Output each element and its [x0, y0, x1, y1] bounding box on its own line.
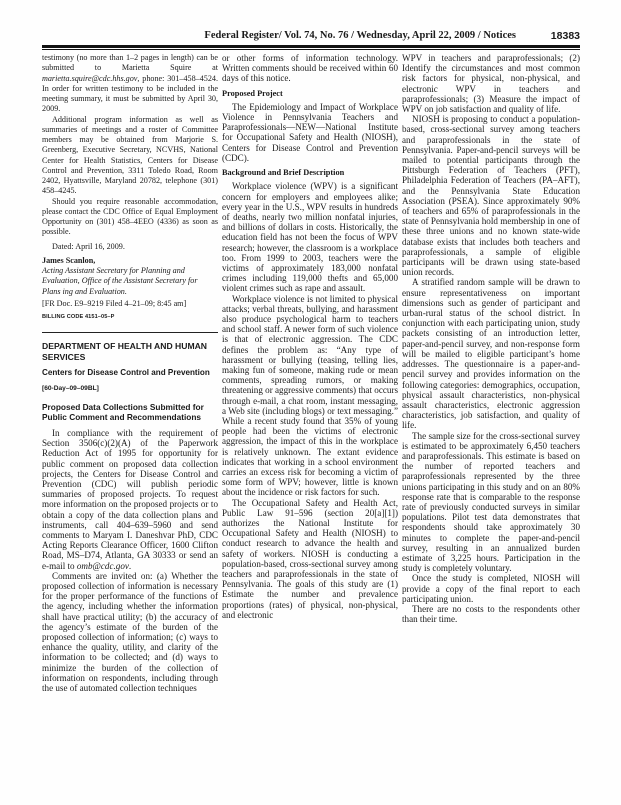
paragraph: The Epidemiology and Impact of Workplace…: [222, 102, 398, 163]
column-3: WPV in teachers and paraprofessionals; (…: [402, 53, 580, 624]
dated-line: Dated: April 16, 2009.: [42, 242, 218, 252]
paragraph: Once the study is completed, NIOSH will …: [402, 573, 580, 604]
paragraph: testimony (no more than 1–2 pages in len…: [42, 53, 218, 115]
header-rule-thick: [42, 45, 580, 48]
agency-heading: DEPARTMENT OF HEALTH AND HUMAN SERVICES: [42, 341, 218, 362]
email-link[interactable]: omb@cdc.gov: [77, 561, 129, 571]
paragraph: In compliance with the requirement of Se…: [42, 428, 218, 571]
paragraph: Additional program information as well a…: [42, 115, 218, 197]
paragraph: Workplace violence (WPV) is a significan…: [222, 181, 398, 293]
publication-name: Federal Register: [204, 30, 278, 41]
paragraph: Workplace violence is not limited to phy…: [222, 294, 398, 498]
page-number: 18383: [551, 30, 580, 42]
text: In compliance with the requirement of Se…: [42, 428, 218, 571]
email-link[interactable]: marietta.squire@cdc.hhs.gov: [42, 74, 137, 83]
signer-title: Acting Assistant Secretary for Planning …: [42, 266, 218, 297]
text: .: [129, 561, 131, 571]
text: testimony (no more than 1–2 pages in len…: [42, 53, 218, 72]
running-head: Federal Register/ Vol. 74, No. 76 / Wedn…: [204, 30, 516, 41]
column-1: testimony (no more than 1–2 pages in len…: [42, 53, 218, 693]
signer-name: James Scanlon,: [42, 256, 218, 266]
paragraph: There are no costs to the respondents ot…: [402, 604, 580, 624]
section-heading-proposed-project: Proposed Project: [222, 89, 398, 99]
section-heading-background: Background and Brief Description: [222, 168, 398, 178]
column-2: or other forms of information technology…: [222, 53, 398, 620]
paragraph: NIOSH is proposing to conduct a populati…: [402, 114, 580, 277]
docket-number: [60-Day–09–09BL]: [42, 384, 218, 394]
paragraph: A stratified random sample will be drawn…: [402, 277, 580, 430]
fr-doc-line: [FR Doc. E9–9219 Filed 4–21–09; 8:45 am]: [42, 299, 218, 309]
paragraph: WPV in teachers and paraprofessionals; (…: [402, 53, 580, 114]
issue-info: / Vol. 74, No. 76 / Wednesday, April 22,…: [279, 30, 516, 41]
header-rule-thin: [42, 49, 580, 50]
page-header: Federal Register/ Vol. 74, No. 76 / Wedn…: [42, 30, 582, 44]
section-divider: [42, 332, 218, 333]
subagency-heading: Centers for Disease Control and Preventi…: [42, 368, 218, 378]
paragraph: The Occupational Safety and Health Act, …: [222, 498, 398, 620]
paragraph: or other forms of information technology…: [222, 53, 398, 84]
document-title: Proposed Data Collections Submitted for …: [42, 402, 218, 422]
billing-code: BILLING CODE 4151–05–P: [42, 312, 218, 322]
paragraph: Comments are invited on: (a) Whether the…: [42, 571, 218, 693]
paragraph: The sample size for the cross-sectional …: [402, 431, 580, 574]
paragraph: Should you require reasonable accommodat…: [42, 197, 218, 238]
